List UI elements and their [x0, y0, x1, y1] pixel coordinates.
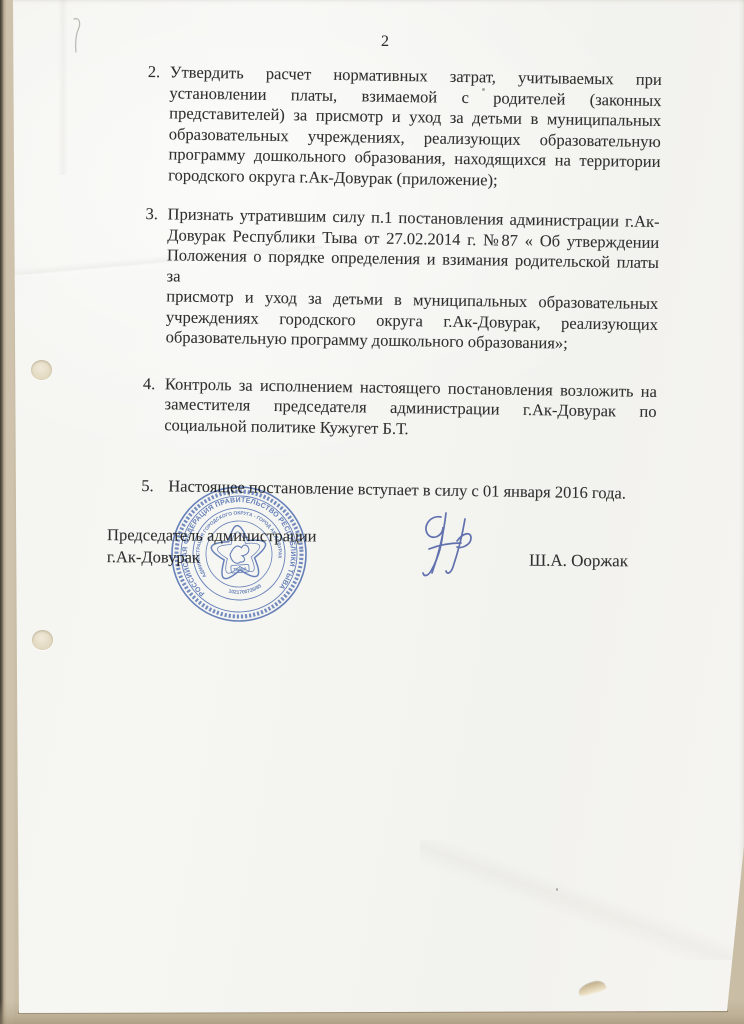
- list-item-2: 2. Утвердить расчет нормативных затрат, …: [146, 62, 664, 193]
- hole-punch-bottom: [32, 630, 53, 650]
- stamp-ring: [190, 505, 288, 603]
- list-item-3: 3. Признать утратившим силу п.1 постанов…: [144, 204, 662, 356]
- signatory-name: Ш.А. Ооржак: [529, 551, 628, 572]
- official-stamp: РОССИЙСКАЯ ФЕДЕРАЦИЯ ПРАВИТЕЛЬСТВО РЕСПУ…: [165, 480, 313, 628]
- stamp-registration-number: 1021700726/85: [227, 583, 263, 597]
- pencil-mark: [70, 16, 84, 56]
- paper-sheet: 2 2. Утвердить расчет нормативных затрат…: [0, 0, 744, 1024]
- handwritten-signature: [413, 505, 485, 587]
- paper-tear: [577, 979, 607, 997]
- stamp-pattern-band: [172, 487, 305, 620]
- list-item-text: Контроль за исполнением настоящего поста…: [164, 374, 657, 443]
- list-item-text: Признать утратившим силу п.1 постановлен…: [166, 204, 660, 355]
- list-item-marker: 5.: [141, 476, 154, 497]
- stamp-ring: [204, 519, 274, 589]
- paper-crease: [420, 840, 744, 960]
- document-body: 2. Утвердить расчет нормативных затрат, …: [141, 62, 664, 505]
- list-item-marker: 3.: [145, 204, 158, 225]
- stamp-center-text: ТЫВА: [233, 566, 247, 572]
- list-item-text: Утвердить расчет нормативных затрат, учи…: [168, 62, 662, 193]
- list-item-4: 4. Контроль за исполнением настоящего по…: [142, 373, 659, 443]
- paper-crease: [58, 0, 68, 175]
- hole-punch-top: [31, 360, 52, 380]
- ink-speck: [556, 888, 558, 891]
- list-item-marker: 4.: [143, 373, 156, 394]
- list-item-marker: 2.: [148, 62, 161, 83]
- ink-speck: [482, 88, 485, 91]
- page-number: 2: [381, 33, 389, 51]
- scanned-document-page: 2 2. Утвердить расчет нормативных затрат…: [0, 0, 744, 1024]
- scanner-edge-left: [0, 0, 14, 1024]
- stamp-center-emblem: ТЫВА: [210, 524, 268, 580]
